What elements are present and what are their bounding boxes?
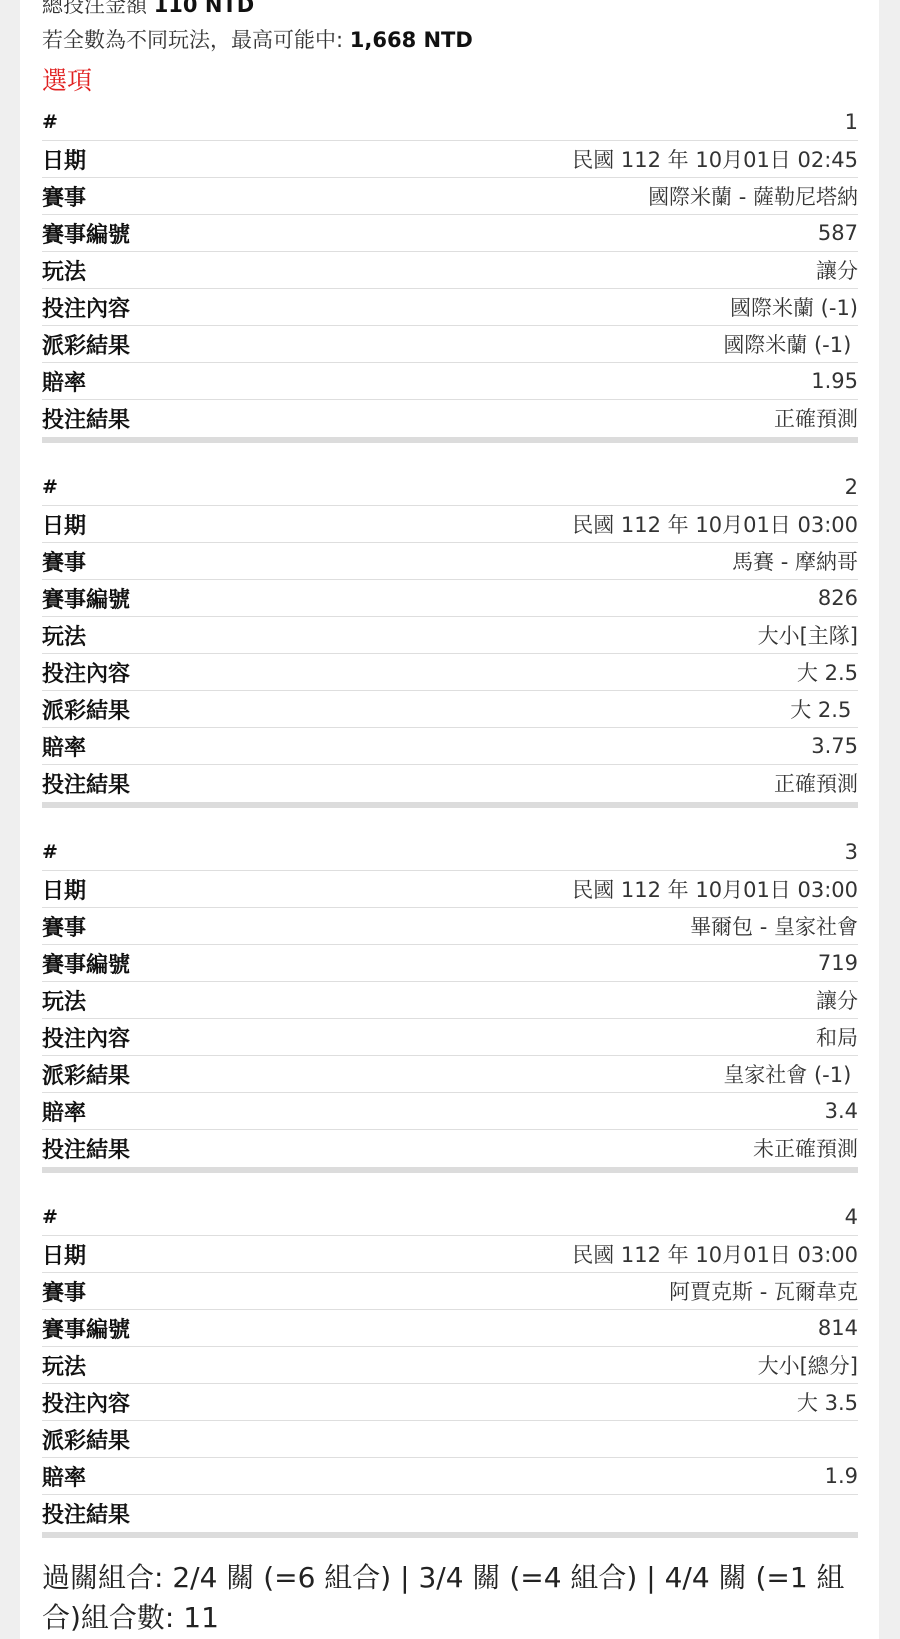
index-label: #: [42, 476, 58, 498]
row-match-no: 賽事編號 814: [42, 1310, 858, 1347]
play-type-value: 讓分: [816, 985, 858, 1015]
selection-card: # 4 日期 民國 112 年 10月01日 03:00 賽事 阿賈克斯 - 瓦…: [42, 1199, 858, 1538]
odds-value: 1.9: [825, 1464, 858, 1488]
match-no-value: 719: [818, 951, 858, 975]
match-value: 阿賈克斯 - 瓦爾韋克: [669, 1276, 858, 1306]
odds-value: 3.75: [811, 734, 858, 758]
row-odds: 賠率 1.95: [42, 363, 858, 400]
row-play-type: 玩法 大小[總分]: [42, 1347, 858, 1384]
index-label: #: [42, 1206, 58, 1228]
match-value: 畢爾包 - 皇家社會: [690, 911, 858, 941]
row-match: 賽事 國際米蘭 - 薩勒尼塔納: [42, 178, 858, 215]
play-type-label: 玩法: [42, 1350, 86, 1381]
row-index: # 2: [42, 469, 858, 506]
match-label: 賽事: [42, 181, 86, 212]
row-bet-content: 投注內容 和局: [42, 1019, 858, 1056]
date-value: 民國 112 年 10月01日 03:00: [572, 1239, 858, 1269]
play-type-label: 玩法: [42, 620, 86, 651]
date-label: 日期: [42, 1239, 86, 1270]
card-divider: [42, 437, 858, 443]
bet-result-value: 未正確預測: [753, 1133, 858, 1163]
play-type-label: 玩法: [42, 985, 86, 1016]
index-label: #: [42, 111, 58, 133]
match-label: 賽事: [42, 1276, 86, 1307]
match-no-label: 賽事編號: [42, 948, 130, 979]
row-index: # 4: [42, 1199, 858, 1236]
row-play-type: 玩法 讓分: [42, 252, 858, 289]
card-divider: [42, 1532, 858, 1538]
total-bet-amount: 總投注金額 110 NTD: [42, 0, 858, 23]
bet-content-label: 投注內容: [42, 1387, 130, 1418]
bet-result-value: 正確預測: [774, 403, 858, 433]
row-bet-content: 投注內容 大 2.5: [42, 654, 858, 691]
payout-result-value: 皇家社會 (-1): [723, 1059, 858, 1089]
selection-card: # 1 日期 民國 112 年 10月01日 02:45 賽事 國際米蘭 - 薩…: [42, 104, 858, 443]
card-divider: [42, 1167, 858, 1173]
odds-label: 賠率: [42, 731, 86, 762]
row-bet-result: 投注結果 未正確預測: [42, 1130, 858, 1166]
row-match-no: 賽事編號 826: [42, 580, 858, 617]
row-index: # 1: [42, 104, 858, 141]
index-label: #: [42, 841, 58, 863]
row-match: 賽事 阿賈克斯 - 瓦爾韋克: [42, 1273, 858, 1310]
match-no-value: 826: [818, 586, 858, 610]
play-type-value: 讓分: [816, 255, 858, 285]
index-value: 4: [845, 1205, 858, 1229]
max-win-value: 1,668 NTD: [350, 28, 473, 52]
date-value: 民國 112 年 10月01日 02:45: [572, 144, 858, 174]
options-heading: 選項: [42, 62, 858, 100]
bet-detail-page: 總投注金額 110 NTD 若全數為不同玩法，最高可能中: 1,668 NTD …: [20, 0, 879, 1639]
row-match: 賽事 馬賽 - 摩納哥: [42, 543, 858, 580]
payout-result-label: 派彩結果: [42, 1424, 130, 1455]
max-possible-win: 若全數為不同玩法，最高可能中: 1,668 NTD: [42, 23, 858, 58]
row-bet-result: 投注結果: [42, 1495, 858, 1531]
row-payout-result: 派彩結果 皇家社會 (-1): [42, 1056, 858, 1093]
bet-content-value: 大 3.5: [797, 1387, 858, 1417]
play-type-value: 大小[主隊]: [758, 620, 858, 650]
selection-card: # 2 日期 民國 112 年 10月01日 03:00 賽事 馬賽 - 摩納哥…: [42, 469, 858, 808]
odds-label: 賠率: [42, 366, 86, 397]
match-no-label: 賽事編號: [42, 583, 130, 614]
row-play-type: 玩法 大小[主隊]: [42, 617, 858, 654]
card-divider: [42, 802, 858, 808]
selection-card: # 3 日期 民國 112 年 10月01日 03:00 賽事 畢爾包 - 皇家…: [42, 834, 858, 1173]
max-win-label: 若全數為不同玩法，最高可能中:: [42, 28, 350, 52]
payout-result-label: 派彩結果: [42, 694, 130, 725]
row-payout-result: 派彩結果 大 2.5: [42, 691, 858, 728]
match-value: 馬賽 - 摩納哥: [732, 546, 858, 576]
row-date: 日期 民國 112 年 10月01日 03:00: [42, 1236, 858, 1273]
odds-label: 賠率: [42, 1461, 86, 1492]
bet-content-label: 投注內容: [42, 657, 130, 688]
row-date: 日期 民國 112 年 10月01日 03:00: [42, 506, 858, 543]
payout-result-label: 派彩結果: [42, 1059, 130, 1090]
date-label: 日期: [42, 874, 86, 905]
date-value: 民國 112 年 10月01日 03:00: [572, 509, 858, 539]
total-bet-value: 110 NTD: [154, 0, 254, 17]
row-date: 日期 民國 112 年 10月01日 03:00: [42, 871, 858, 908]
bet-content-value: 國際米蘭 (-1): [730, 292, 858, 322]
row-match-no: 賽事編號 587: [42, 215, 858, 252]
bet-content-label: 投注內容: [42, 1022, 130, 1053]
bet-detail-content: 總投注金額 110 NTD 若全數為不同玩法，最高可能中: 1,668 NTD …: [42, 0, 858, 1638]
bet-content-value: 和局: [816, 1022, 858, 1052]
payout-result-label: 派彩結果: [42, 329, 130, 360]
match-no-label: 賽事編號: [42, 218, 130, 249]
date-label: 日期: [42, 509, 86, 540]
date-value: 民國 112 年 10月01日 03:00: [572, 874, 858, 904]
row-bet-content: 投注內容 大 3.5: [42, 1384, 858, 1421]
parlay-combination-summary: 過關組合: 2/4 關 (=6 組合) | 3/4 關 (=4 組合) | 4/…: [42, 1558, 858, 1638]
bet-result-label: 投注結果: [42, 768, 130, 799]
row-bet-result: 投注結果 正確預測: [42, 765, 858, 801]
odds-value: 1.95: [811, 369, 858, 393]
row-bet-content: 投注內容 國際米蘭 (-1): [42, 289, 858, 326]
row-odds: 賠率 3.75: [42, 728, 858, 765]
row-match-no: 賽事編號 719: [42, 945, 858, 982]
index-value: 2: [845, 475, 858, 499]
match-value: 國際米蘭 - 薩勒尼塔納: [648, 181, 858, 211]
payout-result-value: 國際米蘭 (-1): [723, 329, 858, 359]
bet-result-value: 正確預測: [774, 768, 858, 798]
match-label: 賽事: [42, 911, 86, 942]
index-value: 1: [845, 110, 858, 134]
match-no-value: 587: [818, 221, 858, 245]
row-payout-result: 派彩結果 國際米蘭 (-1): [42, 326, 858, 363]
row-date: 日期 民國 112 年 10月01日 02:45: [42, 141, 858, 178]
date-label: 日期: [42, 144, 86, 175]
play-type-label: 玩法: [42, 255, 86, 286]
bet-result-label: 投注結果: [42, 1498, 130, 1529]
row-match: 賽事 畢爾包 - 皇家社會: [42, 908, 858, 945]
row-play-type: 玩法 讓分: [42, 982, 858, 1019]
row-payout-result: 派彩結果: [42, 1421, 858, 1458]
match-no-value: 814: [818, 1316, 858, 1340]
match-label: 賽事: [42, 546, 86, 577]
bet-content-label: 投注內容: [42, 292, 130, 323]
bet-content-value: 大 2.5: [797, 657, 858, 687]
odds-label: 賠率: [42, 1096, 86, 1127]
row-odds: 賠率 3.4: [42, 1093, 858, 1130]
row-odds: 賠率 1.9: [42, 1458, 858, 1495]
payout-result-value: 大 2.5: [790, 694, 858, 724]
selection-list: # 1 日期 民國 112 年 10月01日 02:45 賽事 國際米蘭 - 薩…: [42, 104, 858, 1538]
total-bet-label: 總投注金額: [42, 0, 154, 17]
odds-value: 3.4: [825, 1099, 858, 1123]
row-index: # 3: [42, 834, 858, 871]
row-bet-result: 投注結果 正確預測: [42, 400, 858, 436]
match-no-label: 賽事編號: [42, 1313, 130, 1344]
play-type-value: 大小[總分]: [758, 1350, 858, 1380]
index-value: 3: [845, 840, 858, 864]
bet-result-label: 投注結果: [42, 1133, 130, 1164]
bet-result-label: 投注結果: [42, 403, 130, 434]
